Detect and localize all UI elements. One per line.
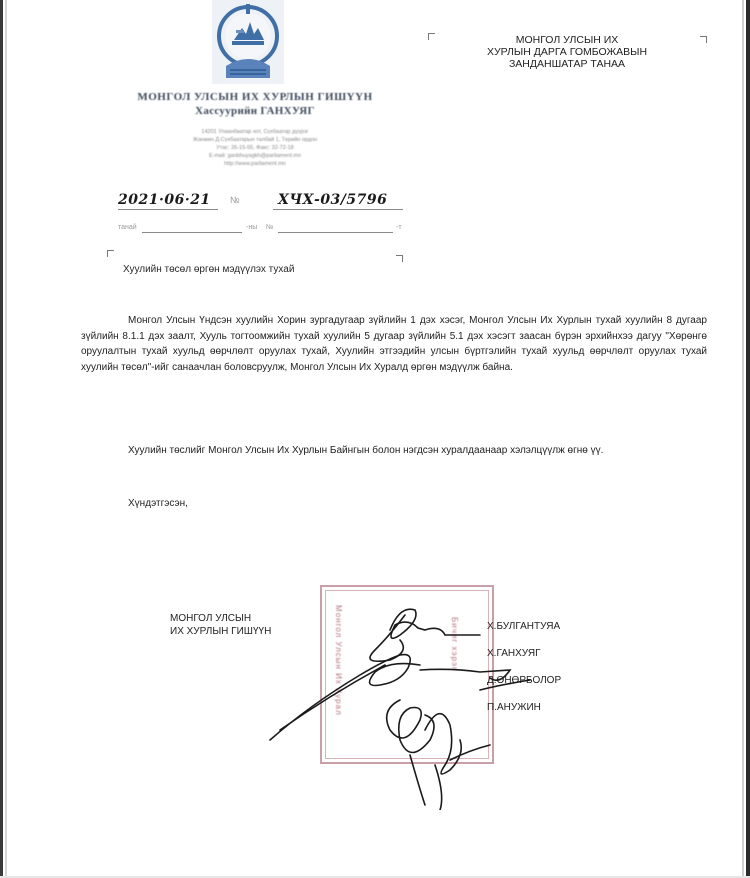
addressee-line: МОНГОЛ УЛСЫН ИХ	[432, 34, 702, 46]
addressee-line: ХУРЛЫН ДАРГА ГОМБОЖАВЫН	[432, 46, 702, 58]
closing-salutation: Хүндэтгэсэн,	[128, 498, 188, 509]
organization-name: МОНГОЛ УЛСЫН ИХ ХУРЛЫН ГИШҮҮН	[100, 91, 410, 103]
member-name: Хассуурийн ГАНХУЯГ	[100, 105, 410, 117]
corner-bracket	[396, 255, 403, 262]
scan-edge-left	[0, 0, 3, 878]
date-number-line: 2021·06·21 № ХЧХ-03/5796	[118, 192, 408, 212]
reference-label: -ны	[246, 224, 257, 231]
handwritten-number: ХЧХ-03/5796	[278, 192, 387, 208]
phone-line: Утас: 26-15-55, Факс: 32-72-18	[100, 144, 410, 152]
addressee: МОНГОЛ УЛСЫН ИХ ХУРЛЫН ДАРГА ГОМБОЖАВЫН …	[432, 34, 702, 70]
letter-page: МОНГОЛ УЛСЫН ИХ ХУРЛЫН ГИШҮҮН Хассуурийн…	[0, 0, 750, 878]
corner-bracket	[107, 250, 114, 257]
reference-label: №	[266, 224, 274, 231]
handwritten-date: 2021·06·21	[118, 192, 211, 208]
letter-subject: Хуулийн төсөл өргөн мэдүүлэх тухай	[123, 264, 294, 275]
scan-edge-right-inner	[742, 0, 744, 876]
body-paragraph-2: Хуулийн төслийг Монгол Улсын Их Хурлын Б…	[81, 443, 707, 459]
scan-edge-right	[746, 0, 750, 878]
number-sign: №	[230, 195, 240, 205]
address-line: 14201 Улаанбаатар хот, Сүхбаатар дүүрэг	[100, 128, 410, 136]
reference-label: -т	[396, 224, 402, 231]
reference-label: танай	[118, 224, 137, 231]
addressee-line: ЗАНДАНШАТАР ТАНАА	[432, 58, 702, 70]
email-line: E-mail: ganbhuyagkh@parliament.mn	[100, 152, 410, 160]
website-line: http://www.parliament.mn	[100, 160, 410, 168]
address-line: Жанжин Д.Сүхбаатарын талбай 1, Төрийн ор…	[100, 136, 410, 144]
body-paragraph-1: Монгол Улсын Үндсэн хуулийн Хорин зургад…	[81, 313, 707, 376]
scan-edge-left-inner	[5, 0, 7, 876]
state-emblem-icon	[212, 0, 284, 84]
reference-line: танай -ны № -т	[118, 224, 408, 236]
handwritten-signatures	[250, 590, 550, 810]
